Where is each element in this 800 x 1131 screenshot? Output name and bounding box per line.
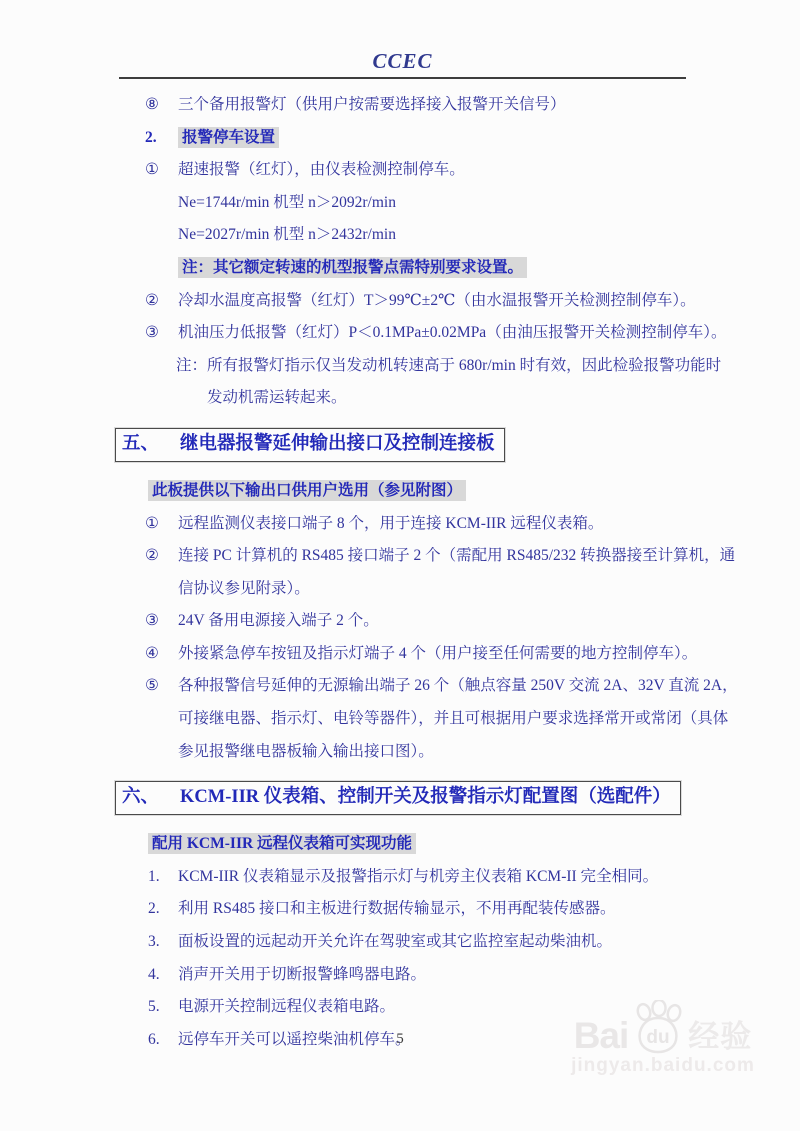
item-text: 冷却水温度高报警（红灯）T＞99℃±2℃（由水温报警开关检测控制停车）。 [178,292,696,309]
item-text: 外接紧急停车按钮及指示灯端子 4 个（用户接至任何需要的地方控制停车）。 [178,645,697,662]
doc-header: CCEC [119,0,686,79]
section-5-heading: 五、继电器报警延伸输出接口及控制连接板 [115,428,505,462]
item-text: 三个备用报警灯（供用户按需要选择接入报警开关信号） [178,96,566,113]
item-marker: ⑤ [145,670,159,703]
list-item: ④ 外接紧急停车按钮及指示灯端子 4 个（用户接至任何需要的地方控制停车）。 [178,638,800,671]
item-text: KCM-IIR 仪表箱显示及报警指示灯与机旁主仪表箱 KCM-II 完全相同。 [178,868,658,885]
item-marker: ① [145,508,159,541]
intro-text: 配用 KCM-IIR 远程仪表箱可实现功能 [148,833,416,854]
list-item: 2. 利用 RS485 接口和主板进行数据传输显示，不用再配装传感器。 [178,893,800,926]
item-text-continued: 信协议参见附录）。 [178,573,800,606]
item-marker: 4. [148,959,160,992]
item-text: 利用 RS485 接口和主板进行数据传输显示，不用再配装传感器。 [178,900,615,917]
section-number: 六、 [122,787,159,807]
heading-text: 报警停车设置 [178,127,279,148]
company-logo: CCEC [372,49,432,74]
list-item: ③ 24V 备用电源接入端子 2 个。 [178,605,800,638]
note-line-2: 发动机需运转起来。 [207,382,800,415]
item-text: 机油压力低报警（红灯）P＜0.1MPa±0.02MPa（由油压报警开关检测控制停… [178,324,726,341]
note-line-1: 注：所有报警灯指示仅当发动机转速高于 680r/min 时有效，因此检验报警功能… [176,350,800,383]
list-item-3: ③ 机油压力低报警（红灯）P＜0.1MPa±0.02MPa（由油压报警开关检测控… [178,317,800,350]
item-text: 连接 PC 计算机的 RS485 接口端子 2 个（需配用 RS485/232 … [178,547,735,564]
item-text: 电源开关控制远程仪表箱电路。 [178,998,395,1015]
item-text-continued: 参见报警继电器板输入输出接口图）。 [178,736,800,769]
item-marker: ④ [145,638,159,671]
section-title: 继电器报警延伸输出接口及控制连接板 [180,434,495,454]
list-item: ① 远程监测仪表接口端子 8 个，用于连接 KCM-IIR 远程仪表箱。 [178,508,800,541]
list-item-8: ⑧ 三个备用报警灯（供用户按需要选择接入报警开关信号） [178,89,800,122]
spec-line-ne2: Ne=2027r/min 机型 n＞2432r/min [178,219,800,252]
item-marker: 3. [148,926,160,959]
item-marker: ③ [145,605,159,638]
section-6-intro: 配用 KCM-IIR 远程仪表箱可实现功能 [148,828,800,861]
item-text: 24V 备用电源接入端子 2 个。 [178,612,379,629]
section-title: KCM-IIR 仪表箱、控制开关及报警指示灯配置图（选配件） [180,787,671,807]
section-5-intro: 此板提供以下输出口供用户选用（参见附图） [148,475,800,508]
list-item: ⑤ 各种报警信号延伸的无源输出端子 26 个（触点容量 250V 交流 2A、3… [178,670,800,703]
note-highlighted: 注：其它额定转速的机型报警点需特别要求设置。 [178,252,800,285]
list-item: 3. 面板设置的远起动开关允许在驾驶室或其它监控室起动柴油机。 [178,926,800,959]
section-6: 六、KCM-IIR 仪表箱、控制开关及报警指示灯配置图（选配件） [0,768,800,828]
item-text-continued: 可接继电器、指示灯、电铃等器件），并且可根据用户要求选择常开或常闭（具体 [178,703,800,736]
list-item: 1. KCM-IIR 仪表箱显示及报警指示灯与机旁主仪表箱 KCM-II 完全相… [178,861,800,894]
item-marker: ② [145,540,159,573]
list-item-2: ② 冷却水温度高报警（红灯）T＞99℃±2℃（由水温报警开关检测控制停车）。 [178,285,800,318]
watermark-brand-mid: du [647,1027,670,1048]
intro-text: 此板提供以下输出口供用户选用（参见附图） [148,480,466,501]
item-text: 远程监测仪表接口端子 8 个，用于连接 KCM-IIR 远程仪表箱。 [178,515,603,532]
watermark-suffix: 经验 [688,1020,752,1054]
list-item: ② 连接 PC 计算机的 RS485 接口端子 2 个（需配用 RS485/23… [178,540,800,573]
note-text: 注：其它额定转速的机型报警点需特别要求设置。 [178,257,527,278]
item-text: 消声开关用于切断报警蜂鸣器电路。 [178,966,426,983]
item-text: 面板设置的远起动开关允许在驾驶室或其它监控室起动柴油机。 [178,933,612,950]
section-6-heading: 六、KCM-IIR 仪表箱、控制开关及报警指示灯配置图（选配件） [115,781,681,815]
spec-line-ne1: Ne=1744r/min 机型 n＞2092r/min [178,187,800,220]
section-5: 五、继电器报警延伸输出接口及控制连接板 [0,415,800,475]
item-marker: 2. [148,893,160,926]
item-marker: ⑧ [145,89,159,122]
item-marker: ③ [145,317,159,350]
doc-content: ⑧ 三个备用报警灯（供用户按需要选择接入报警开关信号） 2. 报警停车设置 ① … [0,79,800,1056]
item-text: 超速报警（红灯），由仪表检测控制停车。 [178,161,465,178]
list-item-1: ① 超速报警（红灯），由仪表检测控制停车。 [178,154,800,187]
item-marker: 1. [148,861,160,894]
watermark-logo-row: Bai du 经验 [558,1000,768,1054]
baidu-paw-icon: du [629,1000,687,1054]
item-marker: 5. [148,991,160,1024]
section-number: 五、 [122,434,159,454]
subsection-heading: 2. 报警停车设置 [178,122,800,155]
watermark-url: jingyan.baidu.com [558,1055,768,1077]
item-marker: ② [145,285,159,318]
item-text: 各种报警信号延伸的无源输出端子 26 个（触点容量 250V 交流 2A、32V… [178,677,738,694]
list-item: 4. 消声开关用于切断报警蜂鸣器电路。 [178,959,800,992]
item-marker: ① [145,154,159,187]
heading-marker: 2. [145,122,157,155]
watermark-brand-left: Bai [574,1017,629,1054]
baidu-jingyan-watermark: Bai du 经验 jingyan.baidu.com [558,1000,768,1077]
document-page: CCEC ⑧ 三个备用报警灯（供用户按需要选择接入报警开关信号） 2. 报警停车… [0,0,800,1131]
